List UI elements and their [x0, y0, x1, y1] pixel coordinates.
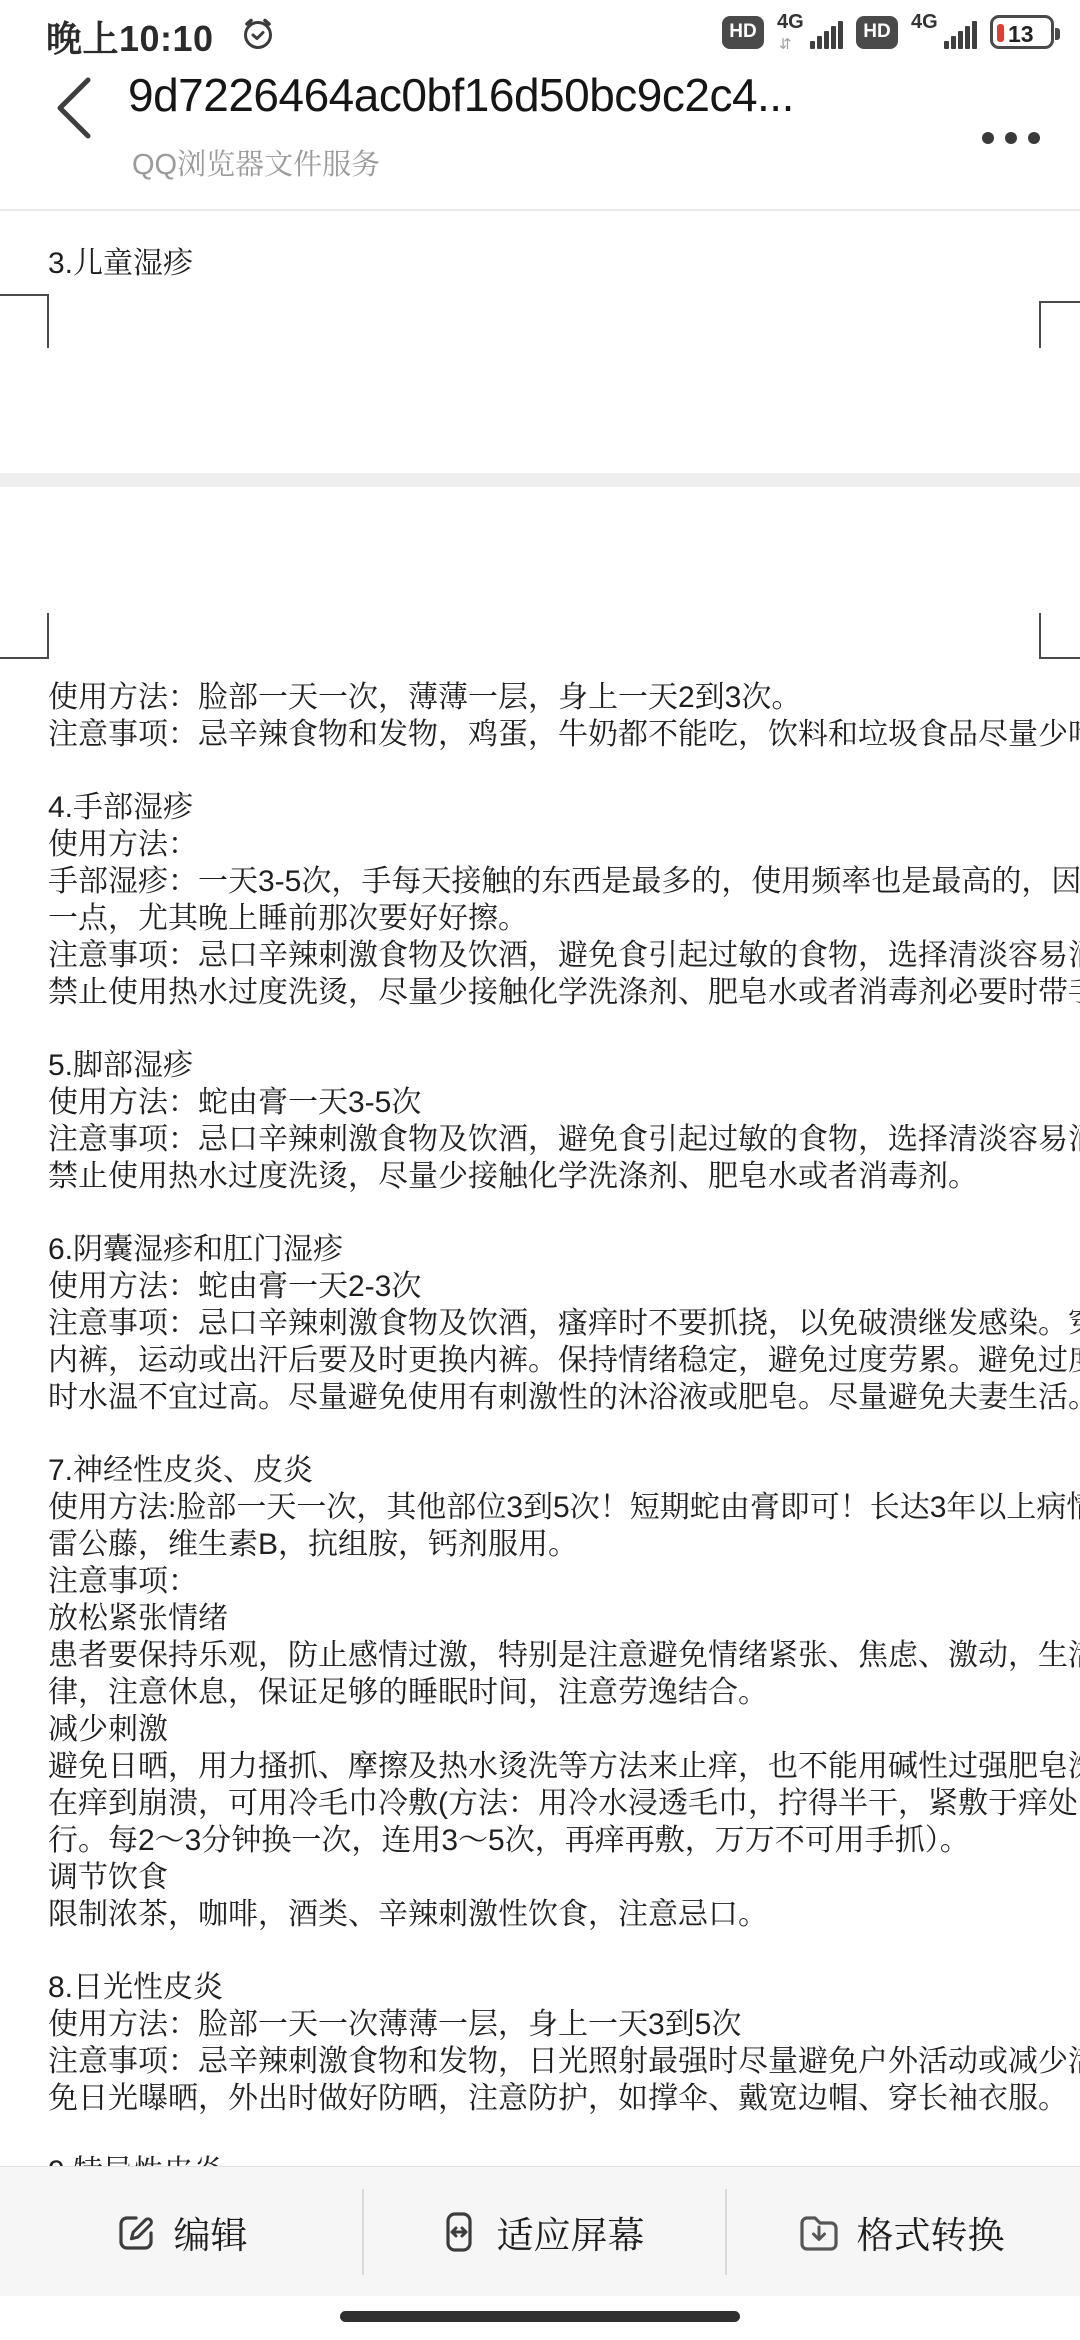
file-title: 9d7226464ac0bf16d50bc9c2c4... [128, 68, 794, 122]
doc-line: 使用方法：脸部一天一次薄薄一层，身上一天3到5次 [48, 2006, 1050, 2043]
doc-line: 行。每2～3分钟换一次，连用3～5次，再痒再敷，万万不可用手抓）。 [48, 1822, 1050, 1859]
doc-line: 使用方法：蛇由膏一天2-3次 [48, 1268, 1050, 1305]
edit-button[interactable]: 编辑 [0, 2167, 360, 2296]
alarm-clock-icon [240, 15, 276, 51]
doc-line: 8.日光性皮炎 [48, 1969, 1050, 2006]
doc-line: 5.脚部湿疹 [48, 1047, 1050, 1084]
doc-line: 注意事项：忌辛辣刺激食物和发物，日光照射最强时尽量避免户外活动或减少活动时间；避 [48, 2043, 1050, 2080]
screen: 晚上10:10 HD 4G ⇵ HD 4G 13 [0, 0, 1080, 2340]
edit-label: 编辑 [174, 2205, 248, 2259]
hd-badge-icon: HD [856, 16, 898, 49]
doc-line: 4.手部湿疹 [48, 789, 1050, 826]
doc-line: 调节饮食 [48, 1859, 1050, 1896]
page-corner-mark [0, 294, 49, 348]
bottom-toolbar: 编辑 适应屏幕 格式转换 [0, 2166, 1080, 2296]
format-convert-icon [796, 2209, 842, 2255]
doc-line: 禁止使用热水过度洗烫，尽量少接触化学洗涤剂、肥皂水或者消毒剂必要时带手套工作。 [48, 974, 1050, 1011]
doc-line: 注意事项：忌口辛辣刺激食物及饮酒，避免食引起过敏的食物，选择清淡容易消化的食物， [48, 937, 1050, 974]
doc-line: 使用方法:脸部一天一次，其他部位3到5次！短期蛇由膏即可！长达3年以上病情：配合… [48, 1489, 1050, 1526]
doc-line: 律，注意休息，保证足够的睡眠时间，注意劳逸结合。 [48, 1674, 1050, 1711]
data-arrows-icon: ⇵ [779, 35, 790, 53]
status-time: 晚上10:10 [46, 11, 214, 62]
home-indicator[interactable] [340, 2311, 740, 2322]
doc-line: 一点，尤其晚上睡前那次要好好擦。 [48, 900, 1050, 937]
toolbar-divider [725, 2189, 727, 2275]
status-right-cluster: HD 4G ⇵ HD 4G 13 [722, 13, 1054, 51]
doc-line: 使用方法：蛇由膏一天3-5次 [48, 1084, 1050, 1121]
doc-line: 在痒到崩溃，可用冷毛巾冷敷(方法：用冷水浸透毛巾，拧得半干，紧敷于痒处，用冰块也 [48, 1785, 1050, 1822]
toolbar-divider [362, 2189, 364, 2275]
file-header: 9d7226464ac0bf16d50bc9c2c4... QQ浏览器文件服务 [0, 60, 1080, 211]
doc-line: 手部湿疹：一天3-5次，手每天接触的东西是最多的，使用频率也是最高的，因而吸收会… [48, 863, 1050, 900]
doc-line: 免日光曝晒，外出时做好防晒，注意防护，如撑伞、戴宽边帽、穿长袖衣服。 [48, 2080, 1050, 2117]
doc-line: 避免日晒，用力搔抓、摩擦及热水烫洗等方法来止痒，也不能用碱性过强肥皂洗浴。如果实 [48, 1748, 1050, 1785]
doc-line: 使用方法：脸部一天一次，薄薄一层，身上一天2到3次。 [48, 679, 1050, 716]
hd-badge-icon: HD [722, 16, 764, 49]
document-viewport[interactable]: 3.儿童湿疹 使用方法：脸部一天一次，薄薄一层，身上一天2到3次。注意事项：忌辛… [0, 211, 1080, 2166]
back-button[interactable] [48, 72, 100, 144]
doc-line: 注意事项：忌口辛辣刺激食物及饮酒，避免食引起过敏的食物，选择清淡容易消化的食物， [48, 1121, 1050, 1158]
doc-line: 内裤，运动或出汗后要及时更换内裤。保持情绪稳定，避免过度劳累。避免过度烫洗，洗澡 [48, 1342, 1050, 1379]
more-menu-button[interactable] [982, 132, 1040, 144]
doc-line: 放松紧张情绪 [48, 1600, 1050, 1637]
doc-line: 注意事项：忌辛辣食物和发物，鸡蛋，牛奶都不能吃，饮料和垃圾食品尽量少吃或不吃。 [48, 716, 1050, 753]
doc-line: 注意事项： [48, 1563, 1050, 1600]
doc-line: 6.阴囊湿疹和肛门湿疹 [48, 1231, 1050, 1268]
doc-line: 禁止使用热水过度洗烫，尽量少接触化学洗涤剂、肥皂水或者消毒剂。 [48, 1158, 1050, 1195]
doc-line: 限制浓茶，咖啡，酒类、辛辣刺激性饮食，注意忌口。 [48, 1896, 1050, 1933]
doc-line: 3.儿童湿疹 [48, 238, 193, 282]
page-separator [0, 473, 1080, 487]
status-bar: 晚上10:10 HD 4G ⇵ HD 4G 13 [0, 0, 1080, 60]
doc-lines: 使用方法：脸部一天一次，薄薄一层，身上一天2到3次。注意事项：忌辛辣食物和发物，… [48, 679, 1050, 2166]
format-convert-button[interactable]: 格式转换 [720, 2167, 1080, 2296]
battery-icon: 13 [990, 15, 1054, 49]
format-convert-label: 格式转换 [857, 2205, 1005, 2259]
doc-line: 7.神经性皮炎、皮炎 [48, 1452, 1050, 1489]
page-corner-mark [1039, 301, 1080, 348]
page-corner-mark [0, 613, 49, 659]
file-source-label: QQ浏览器文件服务 [132, 142, 380, 183]
edit-icon [113, 2209, 159, 2255]
signal-icon-1: 4G ⇵ [777, 13, 843, 51]
doc-line: 9.特异性皮炎 [48, 2153, 1050, 2166]
doc-line: 使用方法： [48, 826, 1050, 863]
fit-screen-label: 适应屏幕 [497, 2205, 645, 2259]
fit-screen-icon [436, 2209, 482, 2255]
doc-line: 减少刺激 [48, 1711, 1050, 1748]
doc-line: 注意事项：忌口辛辣刺激食物及饮酒，瘙痒时不要抓挠，以免破溃继发感染。穿宽松的纯棉 [48, 1305, 1050, 1342]
doc-line: 患者要保持乐观，防止感情过激，特别是注意避免情绪紧张、焦虑、激动，生活力求有规 [48, 1637, 1050, 1674]
page-corner-mark [1039, 613, 1080, 659]
fit-screen-button[interactable]: 适应屏幕 [360, 2167, 720, 2296]
signal-icon-2: 4G [911, 13, 977, 51]
doc-line: 雷公藤，维生素B，抗组胺，钙剂服用。 [48, 1526, 1050, 1563]
battery-percent: 13 [1008, 21, 1034, 48]
home-indicator-area [0, 2296, 1080, 2340]
doc-line: 时水温不宜过高。尽量避免使用有刺激性的沐浴液或肥皂。尽量避免夫妻生活。 [48, 1379, 1050, 1416]
